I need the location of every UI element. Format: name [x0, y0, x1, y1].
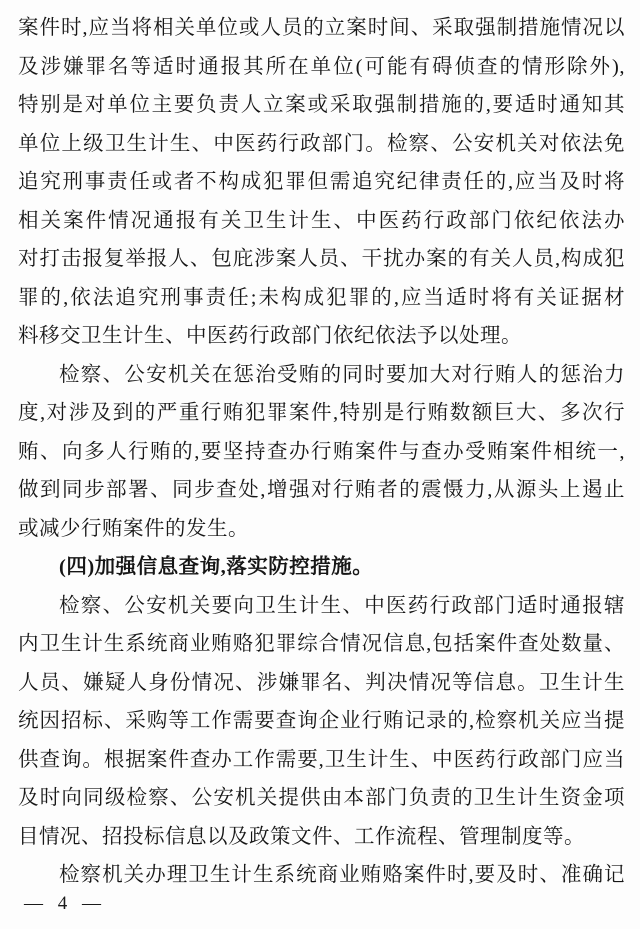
text-line: 料移交卫生计生、中医药行政部门依纪依法予以处理。: [18, 317, 625, 356]
page-number: — 4 —: [24, 893, 106, 915]
text-line: 检察机关办理卫生计生系统商业贿赂案件时,要及时、准确记: [18, 856, 625, 895]
text-line: 检察、公安机关在惩治受贿的同时要加大对行贿人的惩治力: [18, 356, 625, 395]
paragraph: 案件时,应当将相关单位或人员的立案时间、采取强制措施情况以及涉嫌罪名等适时通报其…: [18, 9, 625, 356]
text-line: (四)加强信息查询,落实防控措施。: [18, 548, 625, 587]
section-heading: (四)加强信息查询,落实防控措施。: [18, 548, 625, 587]
text-line: 追究刑事责任或者不构成犯罪但需追究纪律责任的,应当及时将: [18, 163, 625, 202]
text-line: 目情况、招投标信息以及政策文件、工作流程、管理制度等。: [18, 818, 625, 857]
paragraph: 检察、公安机关要向卫生计生、中医药行政部门适时通报辖区内卫生计生系统商业贿赂犯罪…: [18, 587, 625, 857]
text-line: 及涉嫌罪名等适时通报其所在单位(可能有碍侦查的情形除外),: [18, 48, 625, 87]
document-body: 案件时,应当将相关单位或人员的立案时间、采取强制措施情况以及涉嫌罪名等适时通报其…: [18, 9, 625, 895]
text-line: 罪的,依法追究刑事责任;未构成犯罪的,应当适时将有关证据材: [18, 279, 625, 318]
text-line: 度,对涉及到的严重行贿犯罪案件,特别是行贿数额巨大、多次行: [18, 394, 625, 433]
text-line: 相关案件情况通报有关卫生计生、中医药行政部门依纪依法办理。: [18, 202, 625, 241]
text-line: 特别是对单位主要负责人立案或采取强制措施的,要适时通知其: [18, 86, 625, 125]
text-line: 供查询。根据案件查办工作需要,卫生计生、中医药行政部门应当: [18, 741, 625, 780]
text-line: 统因招标、采购等工作需要查询企业行贿记录的,检察机关应当提: [18, 702, 625, 741]
text-line: 检察、公安机关要向卫生计生、中医药行政部门适时通报辖区: [18, 587, 625, 626]
text-line: 贿、向多人行贿的,要坚持查办行贿案件与查办受贿案件相统一,: [18, 433, 625, 472]
text-line: 人员、嫌疑人身份情况、涉嫌罪名、判决情况等信息。卫生计生系: [18, 664, 625, 703]
paragraph: 检察机关办理卫生计生系统商业贿赂案件时,要及时、准确记: [18, 856, 625, 895]
paragraph: 检察、公安机关在惩治受贿的同时要加大对行贿人的惩治力度,对涉及到的严重行贿犯罪案…: [18, 356, 625, 549]
text-line: 对打击报复举报人、包庇涉案人员、干扰办案的有关人员,构成犯: [18, 240, 625, 279]
text-line: 或减少行贿案件的发生。: [18, 510, 625, 549]
text-line: 案件时,应当将相关单位或人员的立案时间、采取强制措施情况以: [18, 9, 625, 48]
text-line: 做到同步部署、同步查处,增强对行贿者的震慑力,从源头上遏止: [18, 471, 625, 510]
text-line: 内卫生计生系统商业贿赂犯罪综合情况信息,包括案件查处数量、: [18, 625, 625, 664]
text-line: 单位上级卫生计生、中医药行政部门。检察、公安机关对依法免予: [18, 125, 625, 164]
document-page: 案件时,应当将相关单位或人员的立案时间、采取强制措施情况以及涉嫌罪名等适时通报其…: [0, 0, 640, 929]
text-line: 及时向同级检察、公安机关提供由本部门负责的卫生计生资金项: [18, 779, 625, 818]
